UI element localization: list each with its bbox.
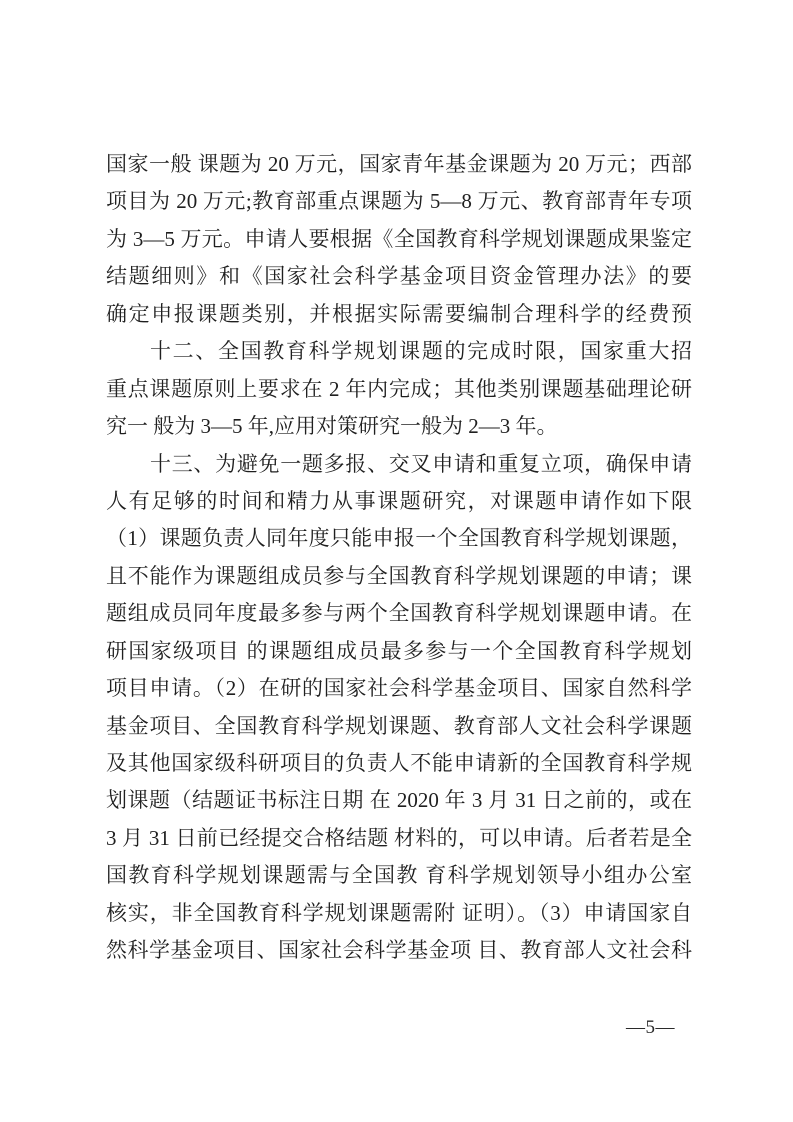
text-line-section-12: 十二、全国教育科学规划课题的完成时限，国家重大招标、: [106, 333, 692, 370]
text-line: （1）课题负责人同年度只能申报一个全国教育科学规划课题，: [106, 520, 692, 557]
text-line-section-13: 十三、为避免一题多报、交叉申请和重复立项，确保申请: [106, 446, 692, 483]
text-line: 题组成员同年度最多参与两个全国教育科学规划课题申请。在: [106, 595, 692, 632]
text-block: 国家一般 课题为 20 万元，国家青年基金课题为 20 万元；西部 项目为 20…: [106, 146, 692, 970]
text-line: 项目为 20 万元;教育部重点课题为 5—8 万元、教育部青年专项: [106, 183, 692, 220]
text-line: 且不能作为课题组成员参与全国教育科学规划课题的申请；课: [106, 558, 692, 595]
text-line: 及其他国家级科研项目的负责人不能申请新的全国教育科学规: [106, 745, 692, 782]
text-line: 重点课题原则上要求在 2 年内完成；其他类别课题基础理论研: [106, 371, 692, 408]
text-line: 划课题（结题证书标注日期 在 2020 年 3 月 31 日之前的，或在: [106, 782, 692, 819]
page-number: —5—: [626, 1016, 675, 1040]
text-line: 项目申请。（2）在研的国家社会科学基金项目、国家自然科学: [106, 670, 692, 707]
text-line: 国家一般 课题为 20 万元，国家青年基金课题为 20 万元；西部: [106, 146, 692, 183]
text-line: 为 3—5 万元。申请人要根据《全国教育科学规划课题成果鉴定: [106, 221, 692, 258]
text-line: 基金项目、全国教育科学规划课题、教育部人文社会科学课题: [106, 708, 692, 745]
text-line: 确定申报课题类别，并根据实际需要编制合理科学的经费预算。: [106, 296, 692, 333]
document-page: 国家一般 课题为 20 万元，国家青年基金课题为 20 万元；西部 项目为 20…: [0, 0, 793, 1122]
text-line: 3 月 31 日前已经提交合格结题 材料的，可以申请。后者若是全: [106, 820, 692, 857]
text-line: 结题细则》和《国家社会科学基金项目资金管理办法》的要求，: [106, 258, 692, 295]
text-line: 人有足够的时间和精力从事课题研究，对课题申请作如下限定：: [106, 483, 692, 520]
text-line: 究一 般为 3—5 年,应用对策研究一般为 2—3 年。: [106, 408, 692, 445]
text-line: 研国家级项目 的课题组成员最多参与一个全国教育科学规划: [106, 633, 692, 670]
text-line: 然科学基金项目、国家社会科学基金项 目、教育部人文社会科: [106, 932, 692, 969]
text-line: 国教育科学规划课题需与全国教 育科学规划领导小组办公室: [106, 857, 692, 894]
text-line: 核实，非全国教育科学规划课题需附 证明）。（3）申请国家自: [106, 895, 692, 932]
